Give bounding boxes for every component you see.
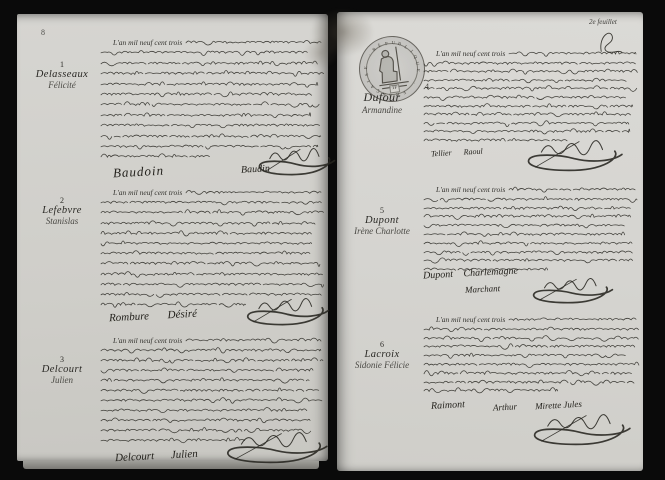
handwriting-line-row: [423, 100, 640, 109]
handwriting-line-row: [423, 246, 640, 255]
handwriting-line: [100, 298, 246, 308]
signature-declarant: Rombure Désiré: [109, 308, 198, 325]
handwriting-line-row: [100, 217, 325, 227]
handwriting-line-row: [423, 74, 640, 83]
signature-declarant: Tellier Raoul: [431, 147, 483, 159]
handwriting-line-row: [423, 125, 640, 134]
handwriting-line: [100, 237, 313, 247]
handwriting-line-row: [100, 67, 325, 77]
handwriting-line: [100, 130, 322, 140]
signature-declarant: Baudoin: [113, 163, 165, 182]
handwriting-line: [100, 46, 309, 56]
signature-stroke: [243, 298, 331, 326]
handwriting-line: [508, 313, 637, 323]
signature-stroke: [529, 414, 633, 446]
handwriting-line: [185, 36, 322, 46]
handwriting-line-row: [100, 354, 325, 364]
handwriting-line-row: [100, 344, 325, 354]
record-given-name: Stanislas: [22, 216, 102, 226]
handwriting-line-row: [100, 46, 325, 56]
handwriting-line-row: [100, 247, 325, 257]
record-given-name: Sidonie Félicie: [342, 360, 422, 370]
handwriting-line: [100, 150, 210, 160]
handwriting-line: [100, 206, 325, 216]
register-page-left: 8 1 Delasseaux Félicité 2 Lefebvre Stani…: [17, 14, 328, 461]
stamp-ring-letter: Q: [412, 54, 418, 59]
record-number: 3: [22, 355, 102, 364]
signature-declarant: Arthur: [493, 401, 518, 412]
handwriting-line-row: [423, 237, 640, 246]
handwriting-line-row: [423, 108, 640, 117]
handwriting-line-row: [100, 257, 325, 267]
official-signature-flourish: [523, 140, 625, 172]
signature-declarant: Raimont: [431, 399, 465, 412]
handwriting-line: [185, 334, 322, 344]
handwriting-line-row: [100, 227, 325, 237]
record-surname: Delasseaux: [22, 69, 102, 80]
official-signature-flourish: [529, 414, 633, 446]
handwriting-line-row: [100, 268, 325, 278]
handwriting-line: [185, 186, 322, 196]
handwriting-line-row: [423, 91, 640, 100]
stamp-ring-letter: U: [391, 40, 395, 45]
handwriting-line: [100, 278, 325, 288]
handwriting-line-row: [100, 394, 325, 404]
handwriting-line: [100, 57, 318, 67]
handwriting-line: [100, 288, 322, 298]
handwriting-line-row: [100, 196, 325, 206]
handwriting-line-row: [423, 332, 640, 341]
handwriting-line-row: [100, 88, 325, 98]
stamp-ring-letter: E: [416, 68, 421, 71]
handwriting-line-row: [423, 193, 640, 202]
handwriting-line: [100, 67, 325, 77]
record-given-name: Félicité: [22, 80, 102, 90]
handwriting-line: [423, 384, 559, 394]
handwriting-line: [100, 217, 316, 227]
handwriting-line-row: [100, 384, 325, 394]
act-paragraph-1: L'an mil neuf cent trois: [100, 36, 325, 161]
handwriting-line: [100, 404, 311, 414]
handwriting-line: [100, 268, 323, 278]
page-number-mark: 8: [41, 28, 45, 37]
record-number: 6: [342, 340, 422, 349]
handwriting-line: [100, 257, 321, 267]
handwriting-line: [100, 354, 324, 364]
handwriting-line: [100, 78, 319, 88]
register-page-right: 2e feuillet 1F RÉPUBLIQUE · FRANÇAISE · …: [337, 12, 643, 471]
record-surname: Delcourt: [22, 364, 102, 375]
signature-declarant: Marchant: [465, 283, 501, 295]
handwriting-line: [100, 344, 322, 354]
handwriting-line: [100, 394, 323, 404]
handwriting-line-row: [423, 202, 640, 211]
margin-record-2: 2 Lefebvre Stanislas: [22, 196, 102, 226]
handwriting-line-row: [100, 130, 325, 140]
photographed-civil-register: 8 1 Delasseaux Félicité 2 Lefebvre Stani…: [0, 0, 665, 480]
record-number: 1: [22, 60, 102, 69]
handwriting-line-row: [423, 349, 640, 358]
official-signature-flourish: [222, 432, 330, 464]
handwriting-line-row: [423, 82, 640, 91]
signature-stroke: [529, 278, 615, 304]
handwriting-line-row: [100, 364, 325, 374]
handwriting-line: [100, 196, 322, 206]
handwriting-line: [508, 183, 637, 193]
official-signature-flourish: [255, 148, 337, 176]
record-surname: Dupont: [342, 215, 422, 226]
handwriting-line-row: [423, 228, 640, 237]
record-given-name: Irène Charlotte: [342, 226, 422, 236]
handwriting-line-row: [100, 119, 325, 129]
handwriting-line-row: [100, 78, 325, 88]
record-number: 5: [342, 206, 422, 215]
margin-record-5: 5 Dupont Irène Charlotte: [342, 206, 422, 236]
act-paragraph-5: L'an mil neuf cent trois: [423, 184, 640, 272]
record-given-name: Julien: [22, 375, 102, 385]
signature-stroke: [255, 148, 337, 176]
handwriting-line-row: [423, 367, 640, 376]
handwriting-line-row: [100, 374, 325, 384]
handwriting-line: [100, 384, 320, 394]
signature-declarant: Mirette Jules: [535, 399, 582, 411]
handwriting-line: [100, 88, 313, 98]
handwriting-line-row: [423, 340, 640, 349]
handwriting-line: [508, 47, 637, 57]
record-surname: Lacroix: [342, 349, 422, 360]
handwriting-line-row: [100, 414, 325, 424]
record-surname: Dufour: [342, 90, 422, 105]
handwriting-line-row: [100, 57, 325, 67]
sheet-annotation: 2e feuillet: [589, 18, 617, 26]
handwriting-line-row: [423, 65, 640, 74]
handwriting-line: [100, 109, 312, 119]
margin-record-1: 1 Delasseaux Félicité: [22, 60, 102, 90]
act-paragraph-3: L'an mil neuf cent trois: [100, 334, 325, 444]
official-signature-flourish: [529, 278, 615, 304]
signature-stroke: [523, 140, 625, 172]
handwriting-line-row: [423, 219, 640, 228]
handwriting-line-row: [100, 278, 325, 288]
record-surname: Lefebvre: [22, 205, 102, 216]
handwriting-line-row: [423, 254, 640, 263]
stamp-ring-letter: P: [384, 40, 388, 45]
handwriting-line-row: [100, 109, 325, 119]
handwriting-line: [100, 227, 312, 237]
act-paragraph-4: L'an mil neuf cent trois: [423, 48, 640, 143]
margin-record-6: 6 Lacroix Sidonie Félicie: [342, 340, 422, 370]
act-paragraph-6: L'an mil neuf cent trois: [423, 314, 640, 393]
handwriting-line-row: [100, 206, 325, 216]
record-given-name: Armandine: [342, 105, 422, 115]
margin-record-3: 3 Delcourt Julien: [22, 355, 102, 385]
handwriting-line: [100, 364, 314, 374]
handwriting-line-row: [423, 210, 640, 219]
handwriting-line: [100, 414, 311, 424]
signature-stroke: [222, 432, 330, 464]
handwriting-line: [100, 98, 320, 108]
stamp-ring-letter: U: [415, 61, 421, 65]
handwriting-line-row: [100, 288, 325, 298]
handwriting-line-row: [423, 358, 640, 367]
handwriting-line-row: [100, 98, 325, 108]
handwriting-line-row: [423, 384, 640, 393]
handwriting-line: [100, 247, 312, 257]
handwriting-line: [100, 374, 310, 384]
handwriting-line-row: [100, 404, 325, 414]
handwriting-line: [100, 119, 321, 129]
handwriting-line-row: [423, 57, 640, 66]
handwriting-line-row: [423, 323, 640, 332]
official-signature-flourish: [243, 298, 331, 326]
record-number: 2: [22, 196, 102, 205]
margin-record-4: Dufour Armandine: [342, 90, 422, 115]
handwriting-line-row: [423, 376, 640, 385]
handwriting-line-row: [423, 117, 640, 126]
act-paragraph-2: L'an mil neuf cent trois: [100, 186, 325, 308]
handwriting-line-row: [100, 237, 325, 247]
